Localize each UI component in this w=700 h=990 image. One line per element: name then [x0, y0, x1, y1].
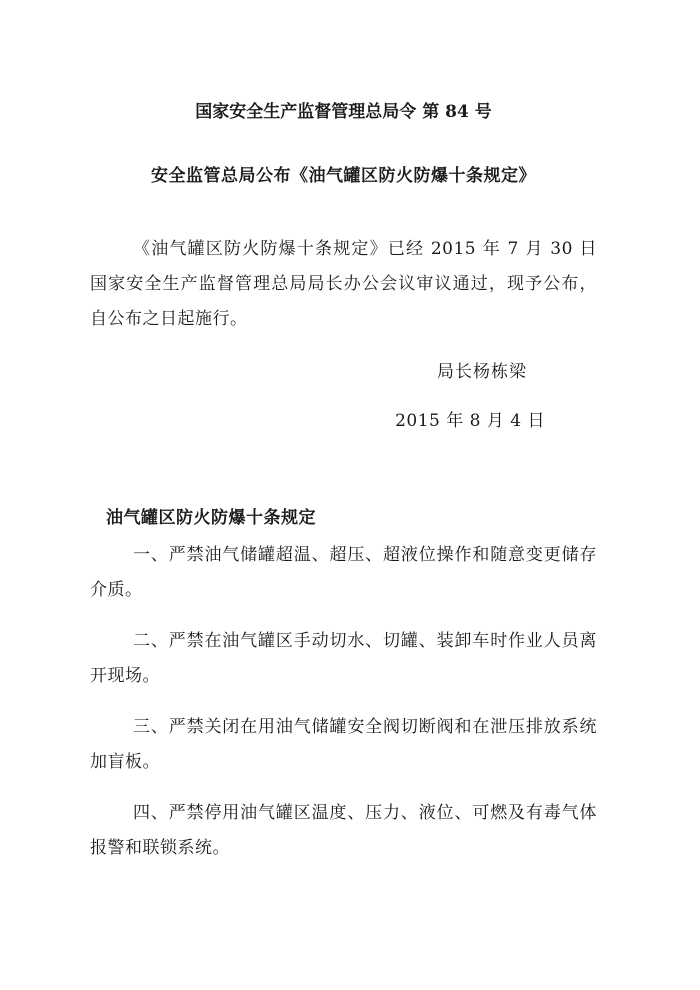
rule-item-1: 一、严禁油气储罐超温、超压、超液位操作和随意变更储存介质。: [90, 538, 597, 608]
document-title: 国家安全生产监督管理总局令 第 84 号: [90, 103, 597, 121]
rule-item-2: 二、严禁在油气罐区手动切水、切罐、装卸车时作业人员离开现场。: [90, 624, 597, 694]
document-subtitle: 安全监管总局公布《油气罐区防火防爆十条规定》: [90, 167, 597, 185]
document-page: 国家安全生产监督管理总局令 第 84 号 安全监管总局公布《油气罐区防火防爆十条…: [0, 0, 700, 990]
publish-date: 2015 年 8 月 4 日: [90, 404, 597, 439]
signer-line: 局长杨栋梁: [90, 355, 597, 390]
document-content: 国家安全生产监督管理总局令 第 84 号 安全监管总局公布《油气罐区防火防爆十条…: [90, 0, 597, 866]
intro-paragraph: 《油气罐区防火防爆十条规定》已经 2015 年 7 月 30 日国家安全生产监督…: [90, 232, 597, 337]
rule-item-4: 四、严禁停用油气罐区温度、压力、液位、可燃及有毒气体报警和联锁系统。: [90, 796, 597, 866]
rules-section-heading: 油气罐区防火防爆十条规定: [90, 501, 597, 536]
rule-item-3: 三、严禁关闭在用油气储罐安全阀切断阀和在泄压排放系统加盲板。: [90, 710, 597, 780]
